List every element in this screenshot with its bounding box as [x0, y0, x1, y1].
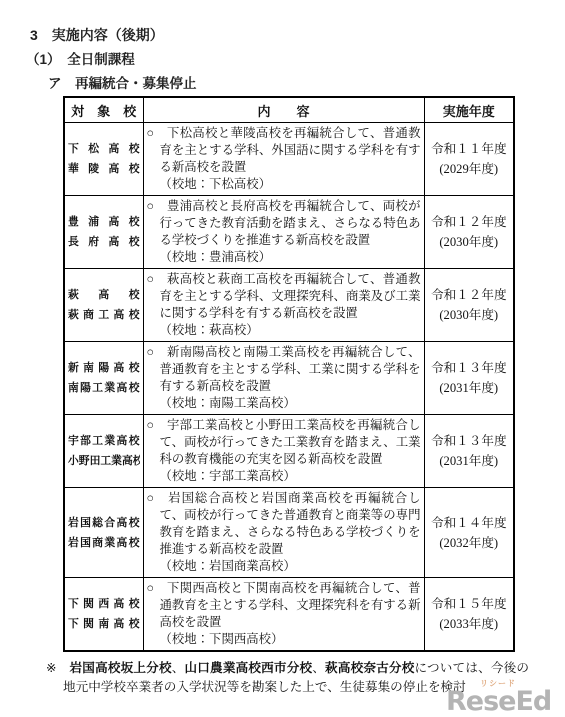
year-western: (2030年度): [426, 305, 513, 325]
school-name: 下関西高校: [68, 594, 140, 614]
year-western: (2029年度): [426, 159, 513, 179]
year-reiwa: 令和１３年度: [426, 431, 513, 451]
year-reiwa: 令和１１年度: [426, 139, 513, 159]
campus-site: （校地：豊浦高校）: [147, 249, 421, 266]
content-cell: ○ 豊浦高校と長府高校を再編統合して、両校が行ってきた教育活動を踏まえ、さらなる…: [143, 196, 424, 269]
school-name: 萩商工高校: [68, 305, 140, 325]
campus-site: （校地：宇部工業高校）: [147, 468, 421, 485]
target-schools-cell: 豊浦高校 長府高校: [64, 196, 143, 269]
footnote-school-name: 山口農業高校西市分校: [185, 661, 313, 675]
target-schools-cell: 新南陽高校 南陽工業高校: [64, 342, 143, 415]
year-reiwa: 令和１５年度: [426, 594, 513, 614]
school-name: 下松高校: [68, 139, 140, 159]
campus-site: （校地：萩高校）: [147, 322, 421, 339]
footnote-school-name: 萩高校奈古分校: [325, 661, 414, 675]
merger-description: ○ 下松高校と華陵高校を再編統合して、普通教育を主とする学科、外国語に関する学科…: [147, 125, 421, 176]
table-row: 萩高校 萩商工高校 ○ 萩高校と萩商工高校を再編統合して、普通教育を主とする学科…: [64, 269, 514, 342]
table-row: 下松高校 華陵高校 ○ 下松高校と華陵高校を再編統合して、普通教育を主とする学科…: [64, 123, 514, 196]
document-page: 3 実施内容（後期） （1） 全日制課程 ア 再編統合・募集停止 対 象 校 内…: [0, 0, 565, 717]
merger-description: ○ 宇部工業高校と小野田工業高校を再編統合して、両校が行ってきた工業教育を踏まえ…: [147, 417, 421, 468]
table-row: 新南陽高校 南陽工業高校 ○ 新南陽高校と南陽工業高校を再編統合して、普通教育を…: [64, 342, 514, 415]
content-cell: ○ 萩高校と萩商工高校を再編統合して、普通教育を主とする学科、文理探究科、商業及…: [143, 269, 424, 342]
footnote-marker: ※: [46, 661, 70, 675]
year-cell: 令和１２年度 (2030年度): [424, 269, 514, 342]
year-cell: 令和１１年度 (2029年度): [424, 123, 514, 196]
col-header-target-schools: 対 象 校: [64, 97, 143, 123]
merger-description: ○ 岩国総合高校と岩国商業高校を再編統合して、両校が行ってきた普通教育と商業等の…: [147, 490, 421, 558]
subsection-heading: （1） 全日制課程: [26, 51, 565, 68]
col-header-content: 内 容: [143, 97, 424, 123]
footnote-school-name: 岩国高校坂上分校: [70, 661, 172, 675]
year-western: (2032年度): [426, 533, 513, 553]
target-schools-cell: 萩高校 萩商工高校: [64, 269, 143, 342]
merger-description: ○ 萩高校と萩商工高校を再編統合して、普通教育を主とする学科、文理探究科、商業及…: [147, 271, 421, 322]
target-schools-cell: 岩国総合高校 岩国商業高校: [64, 488, 143, 578]
content-cell: ○ 岩国総合高校と岩国商業高校を再編統合して、両校が行ってきた普通教育と商業等の…: [143, 488, 424, 578]
reseed-watermark: リシード ReseEd: [446, 679, 558, 715]
school-name: 岩国総合高校: [68, 513, 140, 533]
campus-site: （校地：南陽工業高校）: [147, 395, 421, 412]
merger-description: ○ 豊浦高校と長府高校を再編統合して、両校が行ってきた教育活動を踏まえ、さらなる…: [147, 198, 421, 249]
section-heading: 3 実施内容（後期）: [30, 26, 565, 44]
item-heading: ア 再編統合・募集停止: [48, 75, 565, 92]
content-cell: ○ 下松高校と華陵高校を再編統合して、普通教育を主とする学科、外国語に関する学科…: [143, 123, 424, 196]
school-name: 豊浦高校: [68, 212, 140, 232]
school-name: 小野田工業高校: [68, 451, 140, 471]
year-cell: 令和１２年度 (2030年度): [424, 196, 514, 269]
year-reiwa: 令和１２年度: [426, 285, 513, 305]
school-name: 華陵高校: [68, 159, 140, 179]
school-name: 南陽工業高校: [68, 378, 140, 398]
year-western: (2031年度): [426, 378, 513, 398]
school-name: 宇部工業高校: [68, 431, 140, 451]
year-cell: 令和１４年度 (2032年度): [424, 488, 514, 578]
school-name: 岩国商業高校: [68, 533, 140, 553]
target-schools-cell: 宇部工業高校 小野田工業高校: [64, 415, 143, 488]
merger-description: ○ 新南陽高校と南陽工業高校を再編統合して、普通教育を主とする学科、工業に関する…: [147, 344, 421, 395]
year-reiwa: 令和１２年度: [426, 212, 513, 232]
year-western: (2033年度): [426, 614, 513, 634]
table-row: 豊浦高校 長府高校 ○ 豊浦高校と長府高校を再編統合して、両校が行ってきた教育活…: [64, 196, 514, 269]
target-schools-cell: 下松高校 華陵高校: [64, 123, 143, 196]
school-name: 長府高校: [68, 232, 140, 252]
content-cell: ○ 下関西高校と下関南高校を再編統合して、普通教育を主とする学科、文理探究科を有…: [143, 578, 424, 652]
school-name: 萩高校: [68, 285, 140, 305]
table-row: 宇部工業高校 小野田工業高校 ○ 宇部工業高校と小野田工業高校を再編統合して、両…: [64, 415, 514, 488]
content-cell: ○ 宇部工業高校と小野田工業高校を再編統合して、両校が行ってきた工業教育を踏まえ…: [143, 415, 424, 488]
table-row: 岩国総合高校 岩国商業高校 ○ 岩国総合高校と岩国商業高校を再編統合して、両校が…: [64, 488, 514, 578]
school-name: 新南陽高校: [68, 358, 140, 378]
reseed-logo: ReseEd: [446, 688, 558, 715]
target-schools-cell: 下関西高校 下関南高校: [64, 578, 143, 652]
school-name: 下関南高校: [68, 614, 140, 634]
year-cell: 令和１５年度 (2033年度): [424, 578, 514, 652]
campus-site: （校地：岩国商業高校）: [147, 558, 421, 575]
col-header-year: 実施年度: [424, 97, 514, 123]
table-header-row: 対 象 校 内 容 実施年度: [64, 97, 514, 123]
table-row: 下関西高校 下関南高校 ○ 下関西高校と下関南高校を再編統合して、普通教育を主と…: [64, 578, 514, 652]
campus-site: （校地：下関西高校）: [147, 631, 421, 648]
content-cell: ○ 新南陽高校と南陽工業高校を再編統合して、普通教育を主とする学科、工業に関する…: [143, 342, 424, 415]
campus-site: （校地：下松高校）: [147, 176, 421, 193]
year-cell: 令和１３年度 (2031年度): [424, 415, 514, 488]
year-cell: 令和１３年度 (2031年度): [424, 342, 514, 415]
year-reiwa: 令和１４年度: [426, 513, 513, 533]
merger-description: ○ 下関西高校と下関南高校を再編統合して、普通教育を主とする学科、文理探究科を有…: [147, 580, 421, 631]
year-western: (2030年度): [426, 232, 513, 252]
year-western: (2031年度): [426, 451, 513, 471]
year-reiwa: 令和１３年度: [426, 358, 513, 378]
reorganization-table: 対 象 校 内 容 実施年度 下松高校 華陵高校 ○ 下松高校と華陵高校を再編統…: [63, 96, 515, 652]
